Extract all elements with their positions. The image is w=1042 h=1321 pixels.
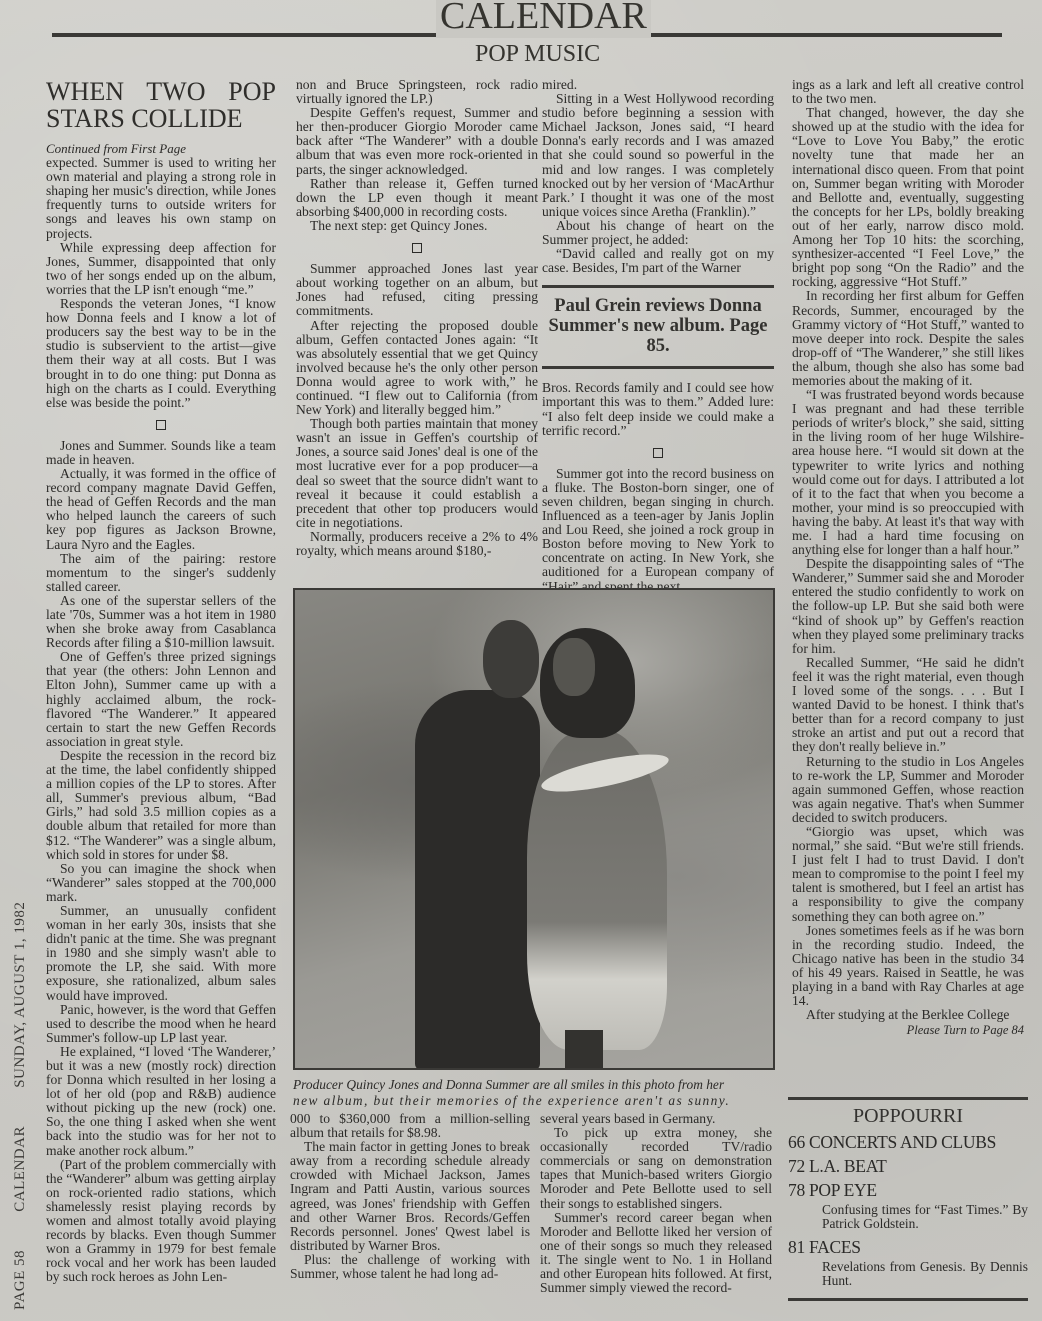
masthead: CALENDAR [52,0,1002,36]
paragraph: As one of the superstar sellers of the l… [46,594,276,650]
photo-figure-woman-face [553,638,595,696]
paragraph: expected. Summer is used to writing her … [46,156,276,241]
folio-date: SUNDAY, AUGUST 1, 1982 [12,902,28,1088]
open-square-icon [156,420,166,430]
paragraph: One of Geffen's three prized signings th… [46,650,276,749]
index-item-concerts-and-clubs[interactable]: 66 CONCERTS AND CLUBS [788,1130,1028,1154]
section-title: POP MUSIC [475,40,600,68]
open-square-icon [653,448,663,458]
folio-page-number: PAGE 58 [12,1250,28,1310]
paragraph: Panic, however, is the word that Geffen … [46,1003,276,1045]
paragraph: After studying at the Berklee College [792,1008,1024,1022]
paragraph: Jones sometimes feels as if he was born … [792,924,1024,1009]
promo-box-review-link[interactable]: Paul Grein reviews Donna Summer's new al… [542,285,774,369]
paragraph: ings as a lark and left all creative con… [792,78,1024,106]
paragraph: “Giorgio was upset, which was normal,” s… [792,825,1024,924]
masthead-title: CALENDAR [436,0,651,38]
paragraph: Plus: the challenge of working with Summ… [290,1253,530,1281]
index-item-la-beat[interactable]: 72 L.A. BEAT [788,1154,1028,1178]
paragraph: Rather than release it, Geffen turned do… [296,177,538,219]
index-item-faces[interactable]: 81 FACES [788,1235,1028,1259]
paragraph: “I was frustrated beyond words because I… [792,388,1024,557]
paragraph: 000 to $360,000 from a million-selling a… [290,1112,530,1140]
paragraph: Despite Geffen's request, Summer and her… [296,106,538,176]
caption-line: new album, but their memories of the exp… [293,1093,773,1109]
headline: WHEN TWO POP STARS COLLIDE [46,78,276,132]
kicker: Continued from First Page [46,142,276,156]
paragraph: To pick up extra money, she occasionally… [540,1126,772,1211]
page-folio: PAGE 58 CALENDAR SUNDAY, AUGUST 1, 1982 [12,868,29,1310]
paragraph: Despite the recession in the record biz … [46,749,276,862]
index-item-pop-eye[interactable]: 78 POP EYE [788,1178,1028,1202]
paragraph: That changed, however, the day she showe… [792,106,1024,289]
photo-figure-legs [565,1030,603,1070]
column-2: non and Bruce Springsteen, rock radio vi… [296,78,538,558]
open-square-icon [412,243,422,253]
section-separator [46,419,276,433]
paragraph: Though both parties maintain that money … [296,417,538,530]
paragraph: several years based in Germany. [540,1112,772,1126]
paragraph: After rejecting the proposed double albu… [296,319,538,418]
column-3-continued: several years based in Germany. To pick … [540,1112,772,1295]
paragraph: The aim of the pairing: restore momentum… [46,552,276,594]
poppourri-title: POPPOURRI [788,1102,1028,1130]
paragraph: Sitting in a West Hollywood recording st… [542,92,774,219]
paragraph: In recording her first album for Geffen … [792,289,1024,388]
section-separator [542,447,774,461]
caption-line: Producer Quincy Jones and Donna Summer a… [293,1077,773,1093]
paragraph: non and Bruce Springsteen, rock radio vi… [296,78,538,106]
paragraph: Summer, an unusually confident woman in … [46,904,276,1003]
paragraph: The next step: get Quincy Jones. [296,219,538,233]
column-4: ings as a lark and left all creative con… [792,78,1024,1037]
paragraph: The main factor in getting Jones to brea… [290,1140,530,1253]
paragraph: While expressing deep affection for Jone… [46,241,276,297]
photo-figure-man-head [483,620,539,698]
photo-figure-man [415,690,540,1070]
paragraph: Responds the veteran Jones, “I know how … [46,297,276,410]
newspaper-page: CALENDAR POP MUSIC WHEN TWO POP STARS CO… [0,0,1042,1321]
index-item-description: Confusing times for “Fast Times.” By Pat… [822,1203,1028,1231]
folio-section: CALENDAR [12,1126,28,1212]
paragraph: Summer got into the record business on a… [542,467,774,594]
paragraph: Despite the disappointing sales of “The … [792,557,1024,656]
paragraph: “David called and really got on my case.… [542,247,774,275]
paragraph: He explained, “I loved ‘The Wanderer,’ b… [46,1045,276,1158]
paragraph: Returning to the studio in Los Angeles t… [792,755,1024,825]
paragraph: Summer approached Jones last year about … [296,262,538,318]
paragraph: Actually, it was formed in the office of… [46,467,276,552]
poppourri-index-box: POPPOURRI 66 CONCERTS AND CLUBS 72 L.A. … [788,1097,1028,1301]
column-1: WHEN TWO POP STARS COLLIDE Continued fro… [46,78,276,1285]
photo-quincy-jones-donna-summer [293,588,775,1070]
index-item-description: Revelations from Genesis. By Dennis Hunt… [822,1260,1028,1288]
section-separator [296,242,538,256]
jump-line[interactable]: Please Turn to Page 84 [792,1023,1024,1037]
column-3: mired. Sitting in a West Hollywood recor… [542,78,774,594]
paragraph: Bros. Records family and I could see how… [542,381,774,437]
paragraph: Summer's record career began when Morode… [540,1211,772,1296]
paragraph: Jones and Summer. Sounds like a team mad… [46,439,276,467]
paragraph: Recalled Summer, “He said he didn't feel… [792,656,1024,755]
paragraph: mired. [542,78,774,92]
paragraph: Normally, producers receive a 2% to 4% r… [296,530,538,558]
column-2-continued: 000 to $360,000 from a million-selling a… [290,1112,530,1281]
photo-caption: Producer Quincy Jones and Donna Summer a… [293,1077,773,1109]
paragraph: About his change of heart on the Summer … [542,219,774,247]
paragraph: (Part of the problem commercially with t… [46,1158,276,1285]
paragraph: So you can imagine the shock when “Wande… [46,862,276,904]
